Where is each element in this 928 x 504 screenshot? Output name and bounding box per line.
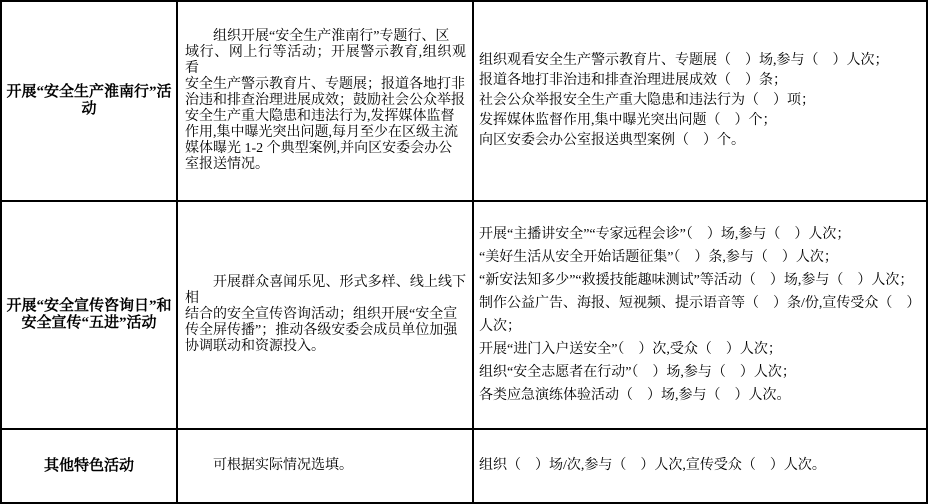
activity-name-cell: 其他特色活动 [2,430,176,502]
metric-line: 组织“安全志愿者在行动”（ ）场,参与（ ）人次； [479,361,918,384]
description-line: 安全生产警示教育片、专题展；报道各地打非 [185,77,466,93]
metric-line: 报道各地打非治违和排查治理进展成效（ ）条； [479,71,918,91]
activity-title: 其他特色活动 [44,458,134,475]
activity-description-cell: 开展群众喜闻乐见、形式多样、线上线下相 结合的安全宣传咨询活动；组织开展“安全宣… [176,202,472,428]
metric-line: “新安法知多少”“救援技能趣味测试”等活动（ ）场,参与（ ）人次； [479,269,918,292]
description-line: 组织开展“安全生产淮南行”专题行、区 [185,29,466,45]
activity-name-cell: 开展“安全生产淮南行”活动 [2,2,176,200]
metric-line: “美好生活从安全开始话题征集”（ ）条,参与（ ）人次； [479,246,918,269]
metric-line: 人次； [479,315,918,338]
activity-metrics-cell: 组织观看安全生产警示教育片、专题展（ ）场,参与（ ）人次； 报道各地打非治违和… [472,2,926,200]
metric-line: 各类应急演练体验活动（ ）场,参与（ ）人次。 [479,384,918,407]
description-line: 作用,集中曝光突出问题,每月至少在区级主流 [185,125,466,141]
activity-name-cell: 开展“安全宣传咨询日”和安全宣传“五进”活动 [2,202,176,428]
metric-line: 向区安委会办公室报送典型案例（ ）个。 [479,131,918,151]
metric-line: 组织（ ）场/次,参与（ ）人次,宣传受众（ ）人次。 [479,456,918,476]
table-row: 开展“安全生产淮南行”活动 组织开展“安全生产淮南行”专题行、区 域行、网上行等… [2,2,926,200]
metric-line: 开展“进门入户送安全”（ ）次,受众（ ）人次； [479,338,918,361]
activity-report-table: 开展“安全生产淮南行”活动 组织开展“安全生产淮南行”专题行、区 域行、网上行等… [0,0,928,504]
description-line: 传全屏传播”；推动各级安委会成员单位加强 [185,323,466,339]
metric-line: 组织观看安全生产警示教育片、专题展（ ）场,参与（ ）人次； [479,51,918,71]
description-line: 安全生产重大隐患和违法行为,发挥媒体监督 [185,109,466,125]
activity-title: 开展“安全宣传咨询日”和安全宣传“五进”活动 [6,298,172,332]
description-line: 开展群众喜闻乐见、形式多样、线上线下相 [185,275,466,307]
description-line: 室报送情况。 [185,157,466,173]
activity-description-cell: 组织开展“安全生产淮南行”专题行、区 域行、网上行等活动；开展警示教育,组织观看… [176,2,472,200]
description-line: 媒体曝光 1-2 个典型案例,并向区安委会办公 [185,141,466,157]
metric-line: 社会公众举报安全生产重大隐患和违法行为（ ）项； [479,91,918,111]
description-line: 可根据实际情况选填。 [185,458,466,474]
table-row: 其他特色活动 可根据实际情况选填。 组织（ ）场/次,参与（ ）人次,宣传受众（… [2,428,926,502]
description-line: 域行、网上行等活动；开展警示教育,组织观看 [185,45,466,77]
metric-line: 制作公益广告、海报、短视频、提示语音等（ ）条/份,宣传受众（ ） [479,292,918,315]
metric-line: 发挥媒体监督作用,集中曝光突出问题（ ）个； [479,111,918,131]
description-line: 结合的安全宣传咨询活动；组织开展“安全宣 [185,307,466,323]
description-line: 协调联动和资源投入。 [185,339,466,355]
table-row: 开展“安全宣传咨询日”和安全宣传“五进”活动 开展群众喜闻乐见、形式多样、线上线… [2,200,926,428]
activity-title: 开展“安全生产淮南行”活动 [6,84,172,118]
activity-description-cell: 可根据实际情况选填。 [176,430,472,502]
activity-metrics-cell: 开展“主播讲安全”“专家远程会诊”（ ）场,参与（ ）人次； “美好生活从安全开… [472,202,926,428]
metric-line: 开展“主播讲安全”“专家远程会诊”（ ）场,参与（ ）人次； [479,223,918,246]
activity-metrics-cell: 组织（ ）场/次,参与（ ）人次,宣传受众（ ）人次。 [472,430,926,502]
description-line: 治违和排查治理进展成效；鼓励社会公众举报 [185,93,466,109]
